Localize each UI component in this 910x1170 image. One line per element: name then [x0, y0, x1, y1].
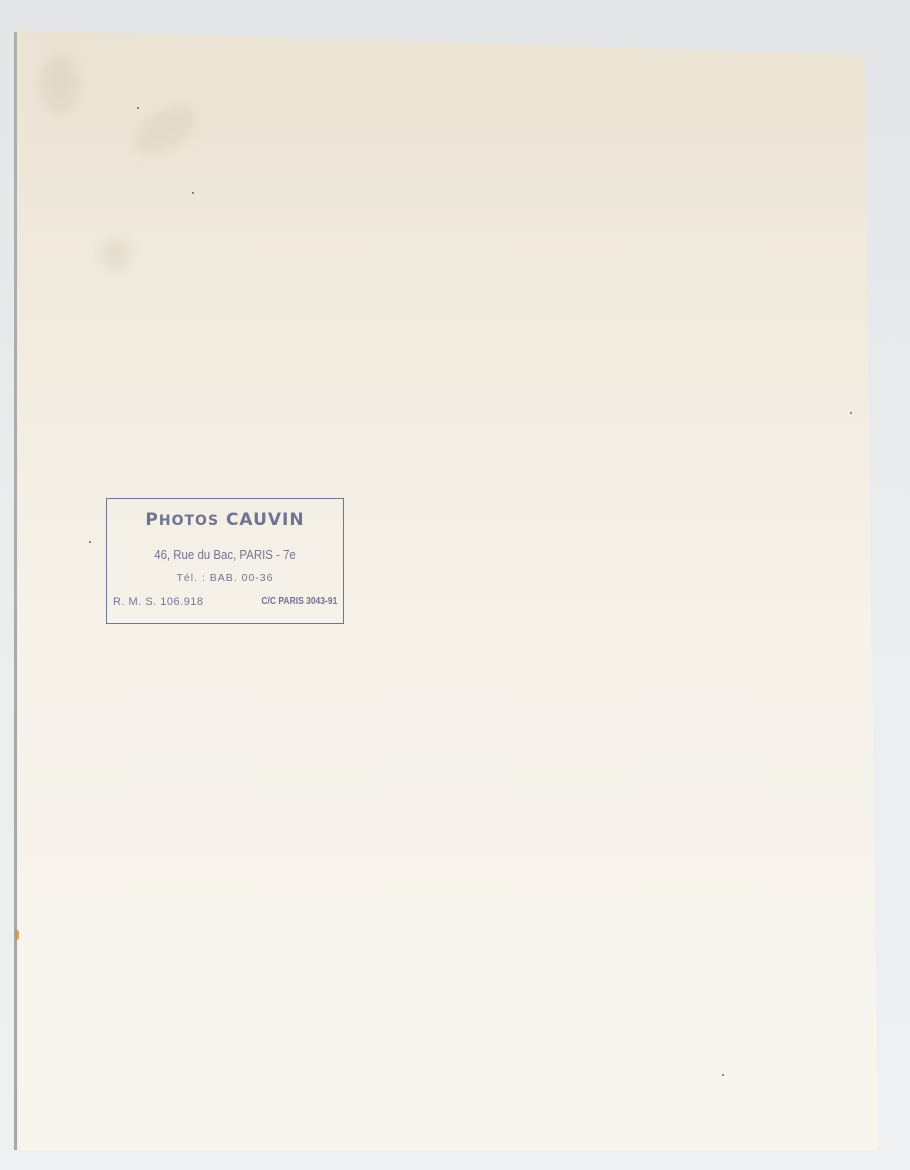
stamp-address: 46, Rue du Bac, PARIS - 7e: [121, 547, 329, 562]
paper-speck: [850, 412, 852, 414]
paper-edge: [14, 32, 17, 1150]
stamp-initial: P: [145, 510, 158, 530]
stamp-telephone: Tél. : BAB. 00-36: [107, 572, 343, 584]
paper-speck: [192, 192, 194, 194]
paper-smudge: [40, 55, 80, 115]
stamp-registration-row: R. M. S. 106.918 C/C PARIS 3043-91: [113, 596, 337, 608]
edge-stain: [15, 930, 19, 940]
paper-speck: [89, 541, 91, 543]
studio-stamp: PHOTOS CAUVIN 46, Rue du Bac, PARIS - 7e…: [106, 498, 344, 624]
paper-smudge: [100, 240, 130, 270]
stamp-name-second: CAUVIN: [226, 510, 305, 530]
stamp-postal-account: C/C PARIS 3043-91: [261, 596, 337, 608]
paper-speck: [137, 107, 139, 109]
paper-speck: [722, 1074, 724, 1076]
stamp-studio-name: PHOTOS CAUVIN: [107, 510, 343, 530]
stamp-registration: R. M. S. 106.918: [113, 596, 204, 608]
stamp-name-rest: HOTOS: [159, 513, 219, 529]
